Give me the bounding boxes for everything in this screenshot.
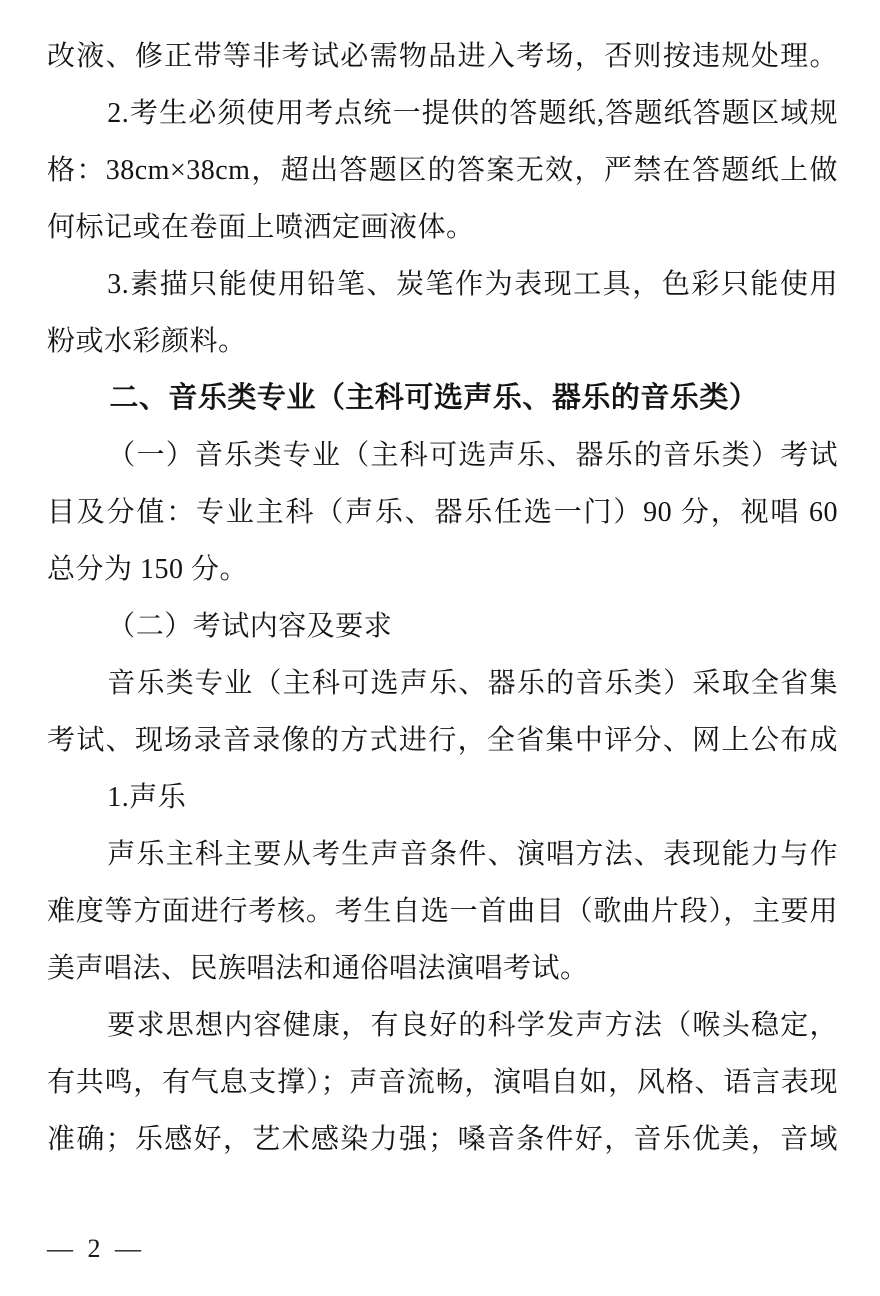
- text-line: 难度等方面进行考核。考生自选一首曲目（歌曲片段），主要用: [47, 883, 838, 940]
- text-line: 有共鸣，有气息支撑）；声音流畅，演唱自如，风格、语言表现: [47, 1054, 838, 1111]
- text-line: 准确；乐感好，艺术感染力强；嗓音条件好，音乐优美，音域宽，: [47, 1111, 838, 1168]
- document-body: 改液、修正带等非考试必需物品进入考场，否则按违规处理。 2.考生必须使用考点统一…: [47, 28, 838, 1168]
- text-line: 目及分值：专业主科（声乐、器乐任选一门）90 分，视唱 60 分，: [47, 484, 838, 541]
- text-line: 2.考生必须使用考点统一提供的答题纸,答题纸答题区域规: [47, 85, 838, 142]
- text-line: （一）音乐类专业（主科可选声乐、器乐的音乐类）考试科: [47, 427, 838, 484]
- section-heading: 二、音乐类专业（主科可选声乐、器乐的音乐类）: [47, 370, 838, 427]
- text-line: 考试、现场录音录像的方式进行，全省集中评分、网上公布成绩。: [47, 712, 838, 769]
- text-line: 改液、修正带等非考试必需物品进入考场，否则按违规处理。: [47, 28, 838, 85]
- text-line: 粉或水彩颜料。: [47, 313, 838, 370]
- text-line: 总分为 150 分。: [47, 541, 838, 598]
- text-line: 音乐类专业（主科可选声乐、器乐的音乐类）采取全省集中: [47, 655, 838, 712]
- text-line: 美声唱法、民族唱法和通俗唱法演唱考试。: [47, 940, 838, 997]
- text-line: 1.声乐: [47, 769, 838, 826]
- text-line: 何标记或在卷面上喷洒定画液体。: [47, 199, 838, 256]
- text-line: 3.素描只能使用铅笔、炭笔作为表现工具，色彩只能使用水: [47, 256, 838, 313]
- text-line: 格：38cm×38cm，超出答题区的答案无效，严禁在答题纸上做任: [47, 142, 838, 199]
- text-line: （二）考试内容及要求: [47, 598, 838, 655]
- text-line: 要求思想内容健康，有良好的科学发声方法（喉头稳定，富: [47, 997, 838, 1054]
- text-line: 声乐主科主要从考生声音条件、演唱方法、表现能力与作品: [47, 826, 838, 883]
- document-page: 改液、修正带等非考试必需物品进入考场，否则按违规处理。 2.考生必须使用考点统一…: [0, 0, 880, 1296]
- page-number: — 2 —: [47, 1234, 145, 1264]
